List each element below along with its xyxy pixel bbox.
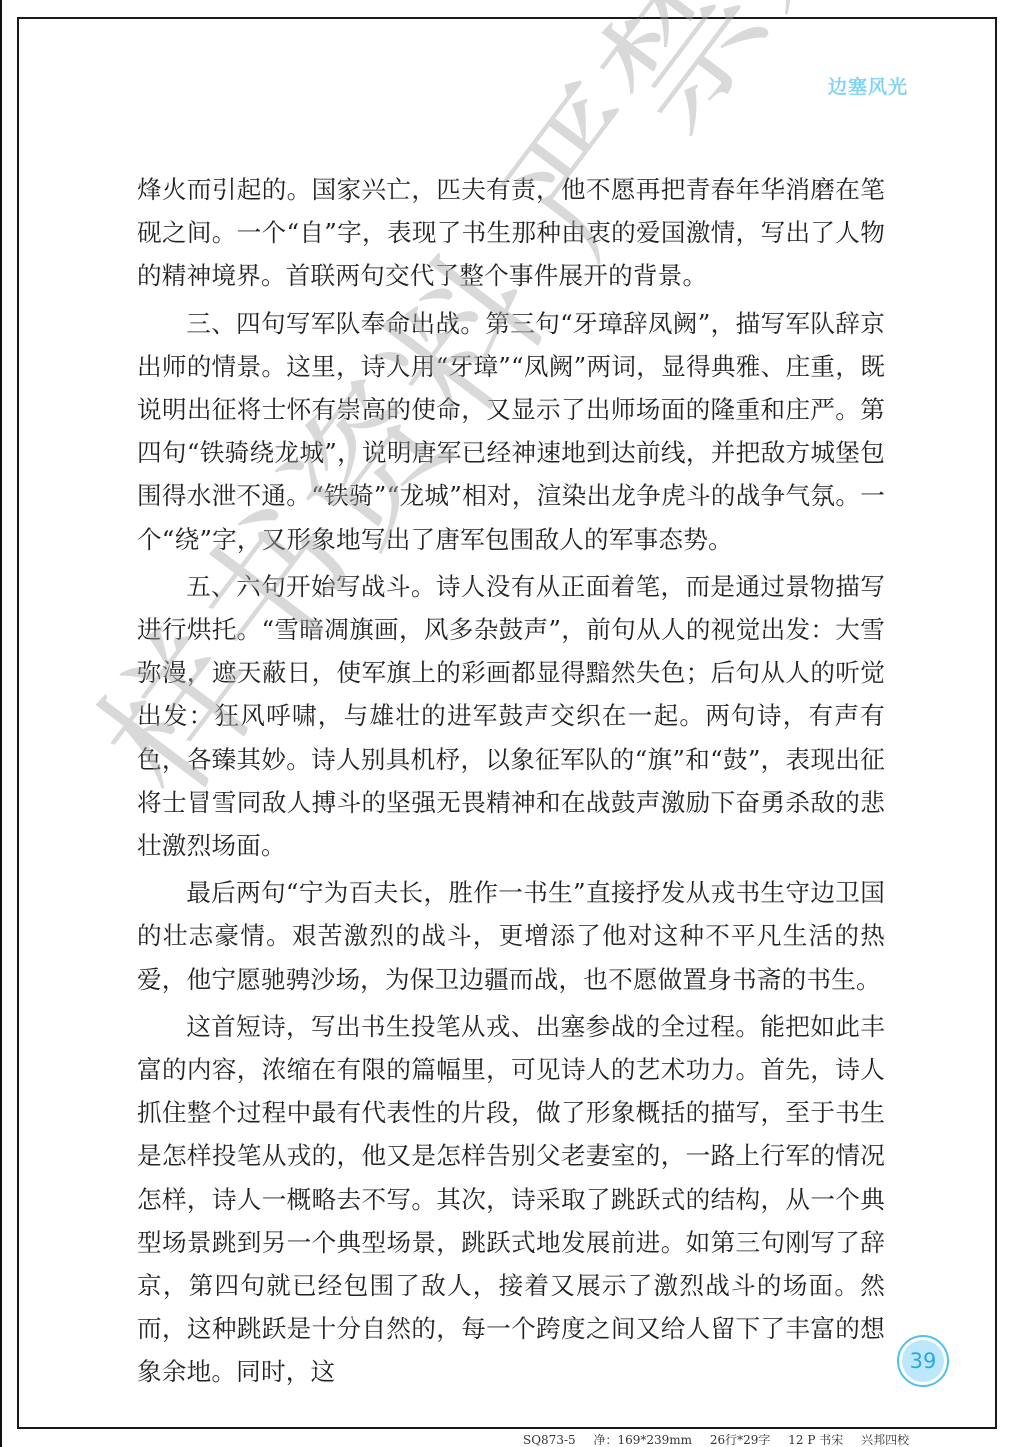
page-number: 39 <box>902 1340 944 1382</box>
paragraph-1: 烽火而引起的。国家兴亡，匹夫有责，他不愿再把青春年华消磨在笔砚之间。一个“自”字… <box>137 168 885 298</box>
imprint-trim-size: 净：169*239mm <box>593 1433 692 1447</box>
paragraph-5: 这首短诗，写出书生投笔从戎、出塞参战的全过程。能把如此丰富的内容，浓缩在有限的篇… <box>137 1005 885 1394</box>
paragraph-4: 最后两句“宁为百夫长，胜作一书生”直接抒发从戎书生守边卫国的壮志豪情。艰苦激烈的… <box>137 871 885 1001</box>
imprint-font-spec: 12 P 书宋 <box>788 1433 843 1447</box>
running-head-section-title: 边塞风光 <box>828 72 908 99</box>
body-text: 烽火而引起的。国家兴亡，匹夫有责，他不愿再把青春年华消磨在笔砚之间。一个“自”字… <box>137 168 885 1394</box>
paragraph-2: 三、四句写军队奉命出战。第三句“牙璋辞凤阙”，描写军队辞京出师的情景。这里，诗人… <box>137 302 885 561</box>
print-imprint: SQ873-5 净：169*239mm 26行*29字 12 P 书宋 兴邦四校 <box>523 1431 923 1447</box>
imprint-proof: 兴邦四校 <box>861 1433 909 1447</box>
imprint-code: SQ873-5 <box>523 1433 576 1447</box>
imprint-layout: 26行*29字 <box>710 1433 771 1447</box>
page-number-badge: 39 <box>897 1335 949 1387</box>
crop-mark-line <box>0 0 2 1447</box>
paragraph-3: 五、六句开始写战斗。诗人没有从正面着笔，而是通过景物描写进行烘托。“雪暗凋旗画，… <box>137 565 885 867</box>
